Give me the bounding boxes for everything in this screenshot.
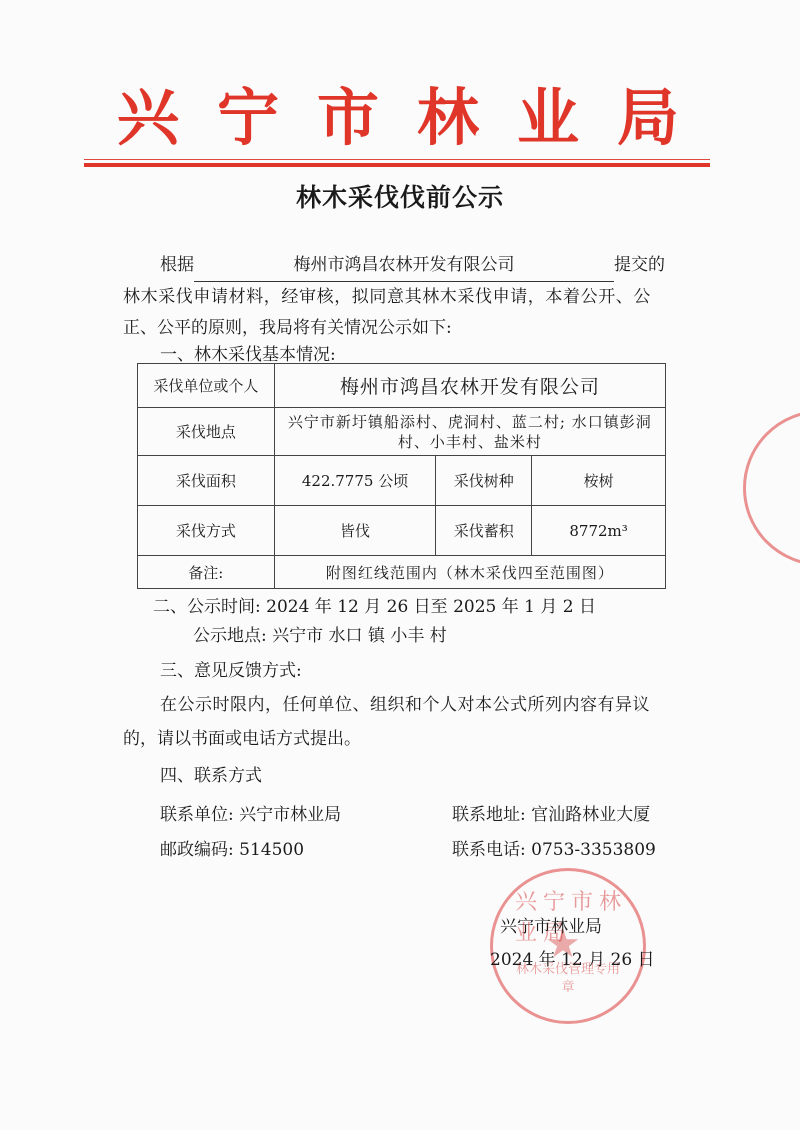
- intro-prefix: 根据: [160, 255, 194, 275]
- postcode: 邮政编码: 514500: [160, 835, 304, 866]
- edge-seal: [743, 410, 800, 566]
- table-row: 采伐方式 皆伐 采伐蓄积 8772m³: [138, 506, 666, 556]
- unit-value: 梅州市鸿昌农林开发有限公司: [274, 364, 665, 408]
- signature-org: 兴宁市林业局: [500, 912, 602, 943]
- intro-suffix: 提交的: [614, 255, 665, 275]
- volume-label: 采伐蓄积: [436, 506, 532, 556]
- area-label: 采伐面积: [138, 456, 275, 506]
- intro-line1: 根据梅州市鸿昌农林开发有限公司提交的: [160, 250, 665, 282]
- area-value: 422.7775 公顷: [274, 456, 436, 506]
- header-divider-thin: [84, 159, 710, 160]
- method-value: 皆伐: [274, 506, 436, 556]
- table-row: 采伐单位或个人 梅州市鸿昌农林开发有限公司: [138, 364, 666, 408]
- section4-heading: 四、联系方式: [160, 761, 262, 792]
- contact-phone: 联系电话: 0753-3353809: [452, 835, 656, 866]
- agency-masthead: 兴宁市林业局: [0, 78, 800, 158]
- header-divider-thick: [84, 163, 710, 167]
- document-title: 林木采伐伐前公示: [0, 178, 800, 214]
- species-value: 桉树: [532, 456, 666, 506]
- table-row: 采伐面积 422.7775 公顷 采伐树种 桉树: [138, 456, 666, 506]
- note-value: 附图红线范围内（林木采伐四至范围图）: [274, 556, 665, 589]
- contact-unit: 联系单位: 兴宁市林业局: [160, 800, 341, 831]
- harvest-info-table: 采伐单位或个人 梅州市鸿昌农林开发有限公司 采伐地点 兴宁市新圩镇船添村、虎洞村…: [137, 363, 666, 589]
- table-row: 采伐地点 兴宁市新圩镇船添村、虎洞村、蓝二村; 水口镇彭洞村、小丰村、盐米村: [138, 408, 666, 456]
- intro-line2: 林木采伐申请材料，经审核，拟同意其林木采伐申请，本着公开、公: [123, 282, 651, 313]
- location-value: 兴宁市新圩镇船添村、虎洞村、蓝二村; 水口镇彭洞村、小丰村、盐米村: [274, 408, 665, 456]
- feedback-line2: 的，请以书面或电话方式提出。: [123, 724, 361, 755]
- publicity-place: 公示地点: 兴宁市 水口 镇 小丰 村: [193, 621, 447, 652]
- feedback-line1: 在公示时限内，任何单位、组织和个人对本公式所列内容有异议: [160, 690, 650, 721]
- unit-label: 采伐单位或个人: [138, 364, 275, 408]
- applicant-company: 梅州市鸿昌农林开发有限公司: [194, 250, 614, 282]
- contact-address: 联系地址: 官汕路林业大厦: [452, 800, 650, 831]
- note-label: 备注:: [138, 556, 275, 589]
- method-label: 采伐方式: [138, 506, 275, 556]
- section2-heading: 二、公示时间: 2024 年 12 月 26 日至 2025 年 1 月 2 日: [153, 592, 596, 623]
- section3-heading: 三、意见反馈方式:: [160, 656, 302, 687]
- location-label: 采伐地点: [138, 408, 275, 456]
- volume-value: 8772m³: [532, 506, 666, 556]
- species-label: 采伐树种: [436, 456, 532, 506]
- signature-date: 2024 年 12 月 26 日: [490, 945, 655, 976]
- table-row: 备注: 附图红线范围内（林木采伐四至范围图）: [138, 556, 666, 589]
